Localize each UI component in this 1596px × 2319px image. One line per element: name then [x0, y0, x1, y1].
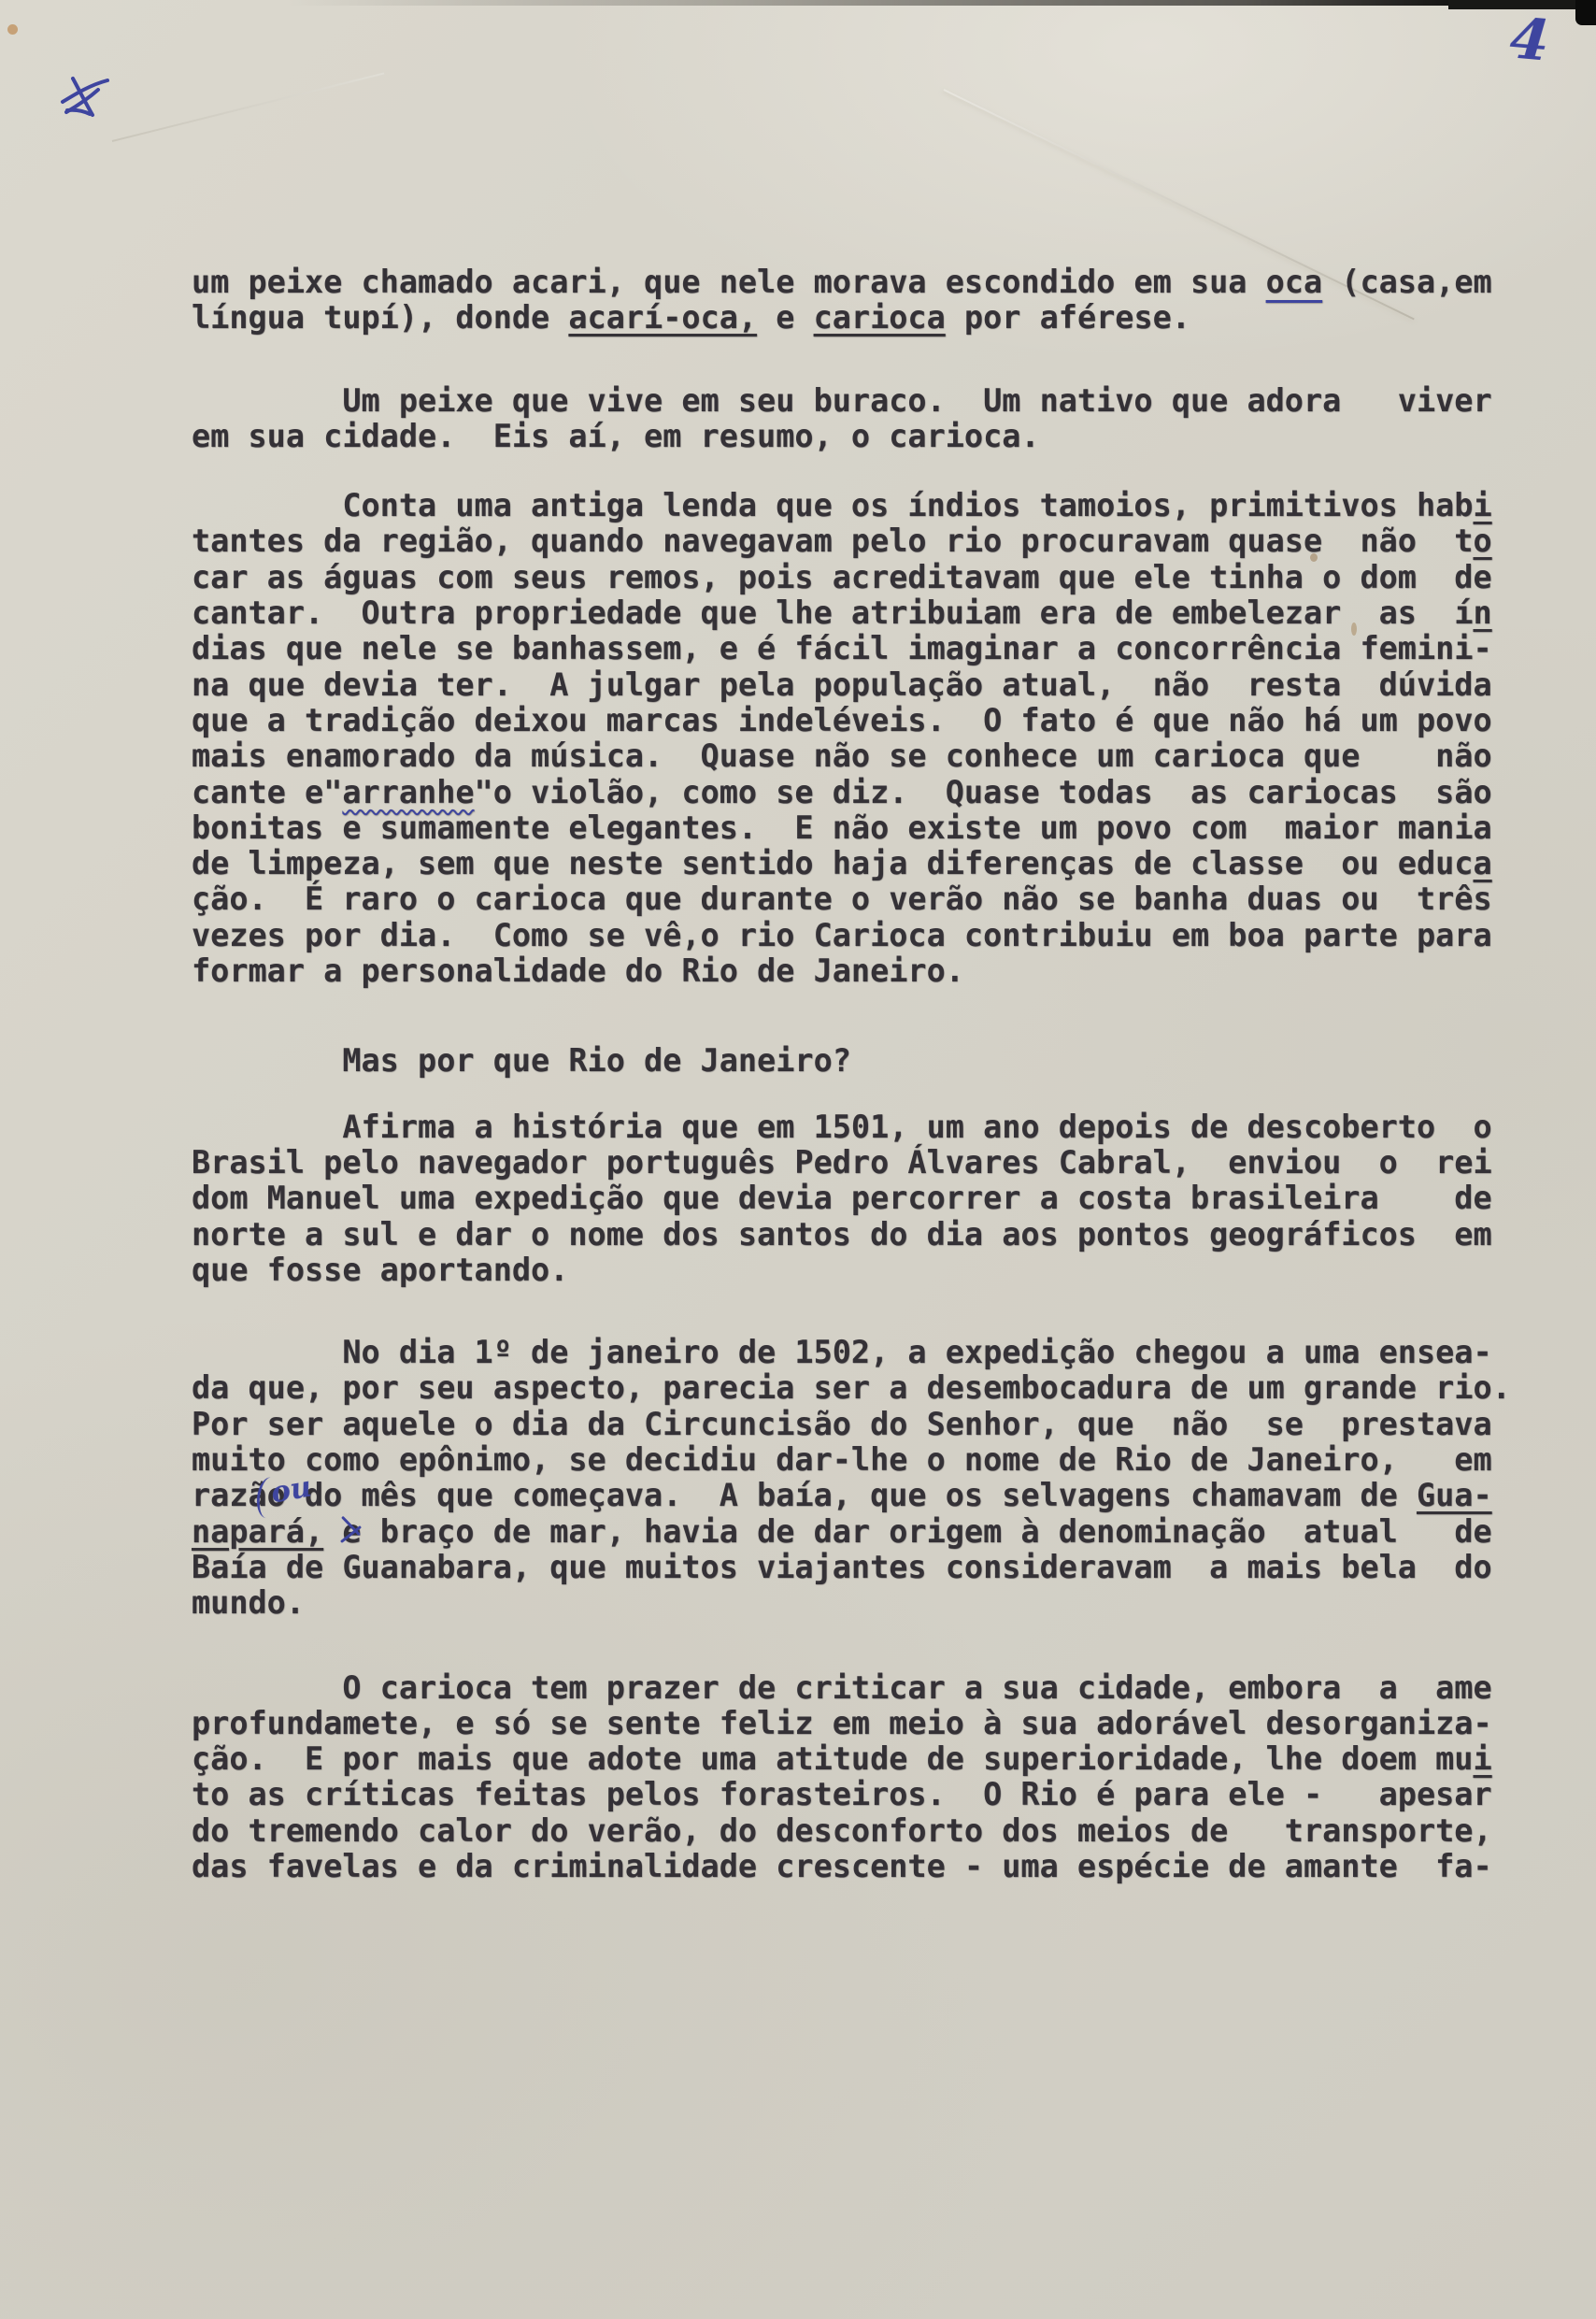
text-line: muito como epônimo, se decidiu dar-lhe o… [192, 1442, 1537, 1478]
text-line: Por ser aquele o dia da Circuncisão do S… [192, 1407, 1537, 1442]
text-line: car as águas com seus remos, pois acredi… [192, 560, 1537, 595]
typed-underlined-text: Gua- [1417, 1477, 1492, 1513]
typed-text: que a tradição deixou marcas indeléveis.… [192, 702, 1492, 738]
scan-corner-black [1575, 0, 1596, 25]
typed-text: to as críticas feitas pelos forasteiros.… [192, 1776, 1492, 1812]
typed-text: formar a personalidade do Rio de Janeiro… [192, 952, 964, 989]
typed-text: braço de mar, havia de dar origem à deno… [362, 1513, 1492, 1550]
typed-text: mundo. [192, 1584, 305, 1621]
text-line: cante e"arranhe"o violão, como se diz. Q… [192, 775, 1537, 810]
typed-underlined-text: n [1473, 594, 1491, 631]
paragraph: um peixe chamado acari, que nele morava … [192, 265, 1537, 336]
text-line: das favelas e da criminalidade crescente… [192, 1849, 1537, 1884]
typed-text: Um peixe que vive em seu buraco. Um nati… [192, 382, 1492, 419]
text-line: bonitas e sumamente elegantes. E não exi… [192, 810, 1537, 846]
typed-text [323, 1513, 342, 1550]
typed-text: mais enamorado da música. Quase não se c… [192, 737, 1492, 774]
text-line: Afirma a história que em 1501, um ano de… [192, 1109, 1537, 1145]
typed-text: na que devia ter. A julgar pela populaçã… [192, 666, 1492, 703]
text-line: Baía de Guanabara, que muitos viajantes … [192, 1550, 1537, 1585]
typed-text: tantes da região, quando navegavam pelo … [192, 522, 1473, 559]
handwritten-page-number: 4 [1507, 6, 1552, 74]
pen-wavy-underlined-text: arranhe [342, 774, 474, 810]
handwritten-x-mark [56, 71, 116, 123]
pen-underlined-text: oca [1266, 264, 1323, 300]
typed-text: razão do mês que começava. A baía, que o… [192, 1477, 1417, 1513]
text-line: de limpeza, sem que neste sentido haja d… [192, 846, 1537, 881]
text-line: to as críticas feitas pelos forasteiros.… [192, 1777, 1537, 1812]
text-line: Brasil pelo navegador português Pedro Ál… [192, 1145, 1537, 1181]
typed-text: Baía de Guanabara, que muitos viajantes … [192, 1549, 1492, 1585]
scanned-typewritten-page: 4 um peixe chamado acari, que nele morav… [0, 0, 1596, 2319]
typed-text: profundamete, e só se sente feliz em mei… [192, 1705, 1492, 1741]
text-line: Conta uma antiga lenda que os índios tam… [192, 488, 1537, 523]
text-line: na que devia ter. A julgar pela populaçã… [192, 667, 1537, 703]
typed-underlined-text: i [1473, 1740, 1491, 1777]
text-line: Mas por que Rio de Janeiro? [192, 1043, 1537, 1079]
typed-text: ção. É raro o carioca que durante o verã… [192, 880, 1492, 917]
text-line: tantes da região, quando navegavam pelo … [192, 523, 1537, 559]
text-line: da que, por seu aspecto, parecia ser a d… [192, 1370, 1537, 1406]
text-line: mais enamorado da música. Quase não se c… [192, 738, 1537, 774]
typed-text: muito como epônimo, se decidiu dar-lhe o… [192, 1441, 1492, 1478]
text-line: um peixe chamado acari, que nele morava … [192, 265, 1537, 300]
text-line: dom Manuel uma expedição que devia perco… [192, 1181, 1537, 1216]
typed-underlined-text: a [1473, 845, 1491, 881]
typed-text: e [757, 299, 814, 336]
typed-text: No dia 1º de janeiro de 1502, a expediçã… [192, 1334, 1492, 1370]
typed-text: bonitas e sumamente elegantes. E não exi… [192, 809, 1492, 846]
typed-text: Por ser aquele o dia da Circuncisão do S… [192, 1406, 1492, 1442]
text-line: napará, e braço de mar, havia de dar ori… [192, 1514, 1537, 1550]
paper-crease [112, 72, 385, 142]
handwritten-correction-ou: ou [268, 1470, 314, 1510]
typed-text: (casa,em [1322, 264, 1492, 300]
paragraph: Afirma a história que em 1501, um ano de… [192, 1109, 1537, 1288]
text-line: ção. E por mais que adote uma atitude de… [192, 1741, 1537, 1777]
paragraph: No dia 1º de janeiro de 1502, a expediçã… [192, 1335, 1537, 1621]
typed-underlined-text: acarí-oca, [568, 299, 757, 336]
typed-text: um peixe chamado acari, que nele morava … [192, 264, 1266, 300]
text-line: em sua cidade. Eis aí, em resumo, o cari… [192, 419, 1537, 454]
text-line: do tremendo calor do verão, do desconfor… [192, 1813, 1537, 1849]
text-line: razão do mês que começava. A baía, que o… [192, 1478, 1537, 1513]
text-line: língua tupí), donde acarí-oca, e carioca… [192, 300, 1537, 336]
text-line: O carioca tem prazer de criticar a sua c… [192, 1670, 1537, 1706]
typed-text: por aférese. [946, 299, 1190, 336]
typed-text: Afirma a história que em 1501, um ano de… [192, 1109, 1492, 1145]
typed-text: Brasil pelo navegador português Pedro Ál… [192, 1144, 1492, 1181]
text-line: norte a sul e dar o nome dos santos do d… [192, 1217, 1537, 1253]
typewritten-text-body: um peixe chamado acari, que nele morava … [192, 265, 1537, 1884]
pen-struck-text: e [342, 1513, 361, 1550]
typed-text: vezes por dia. Como se vê,o rio Carioca … [192, 917, 1492, 953]
text-line: cantar. Outra propriedade que lhe atribu… [192, 595, 1537, 631]
typed-text: que fosse aportando. [192, 1252, 568, 1288]
typed-text: de limpeza, sem que neste sentido haja d… [192, 845, 1473, 881]
typed-underlined-text: napará, [192, 1513, 323, 1550]
text-line: vezes por dia. Como se vê,o rio Carioca … [192, 918, 1537, 953]
typed-text: cantar. Outra propriedade que lhe atribu… [192, 594, 1473, 631]
text-line: profundamete, e só se sente feliz em mei… [192, 1706, 1537, 1741]
text-line: No dia 1º de janeiro de 1502, a expediçã… [192, 1335, 1537, 1370]
typed-underlined-text: carioca [814, 299, 946, 336]
typed-text: ção. E por mais que adote uma atitude de… [192, 1740, 1473, 1777]
typed-text: do tremendo calor do verão, do desconfor… [192, 1812, 1492, 1849]
typed-text: em sua cidade. Eis aí, em resumo, o cari… [192, 418, 1040, 454]
scan-edge-shadow [0, 0, 1596, 6]
paragraph: Conta uma antiga lenda que os índios tam… [192, 488, 1537, 989]
typed-text: língua tupí), donde [192, 299, 568, 336]
text-line: Um peixe que vive em seu buraco. Um nati… [192, 383, 1537, 419]
typed-text: dias que nele se banhassem, e é fácil im… [192, 630, 1492, 666]
typed-text: car as águas com seus remos, pois acredi… [192, 559, 1492, 595]
typed-text: "o violão, como se diz. Quase todas as c… [475, 774, 1492, 810]
typed-text: cante e" [192, 774, 342, 810]
text-line: mundo. [192, 1585, 1537, 1621]
typed-text: Mas por que Rio de Janeiro? [192, 1042, 851, 1079]
text-line: que fosse aportando. [192, 1253, 1537, 1288]
text-line: dias que nele se banhassem, e é fácil im… [192, 631, 1537, 666]
text-line: ção. É raro o carioca que durante o verã… [192, 881, 1537, 917]
typed-text: norte a sul e dar o nome dos santos do d… [192, 1216, 1492, 1253]
typed-text: Conta uma antiga lenda que os índios tam… [192, 487, 1473, 523]
paragraph: Um peixe que vive em seu buraco. Um nati… [192, 383, 1537, 455]
paragraph: O carioca tem prazer de criticar a sua c… [192, 1670, 1537, 1885]
typed-text: da que, por seu aspecto, parecia ser a d… [192, 1369, 1511, 1406]
paper-stain [7, 24, 18, 35]
text-line: formar a personalidade do Rio de Janeiro… [192, 953, 1537, 989]
text-line: que a tradição deixou marcas indeléveis.… [192, 703, 1537, 738]
paragraph: Mas por que Rio de Janeiro? [192, 1043, 1537, 1079]
typed-text: dom Manuel uma expedição que devia perco… [192, 1180, 1492, 1216]
typed-text: das favelas e da criminalidade crescente… [192, 1848, 1492, 1884]
typed-text: O carioca tem prazer de criticar a sua c… [192, 1669, 1492, 1706]
typed-underlined-text: i [1473, 487, 1491, 523]
typed-underlined-text: o [1473, 522, 1491, 559]
